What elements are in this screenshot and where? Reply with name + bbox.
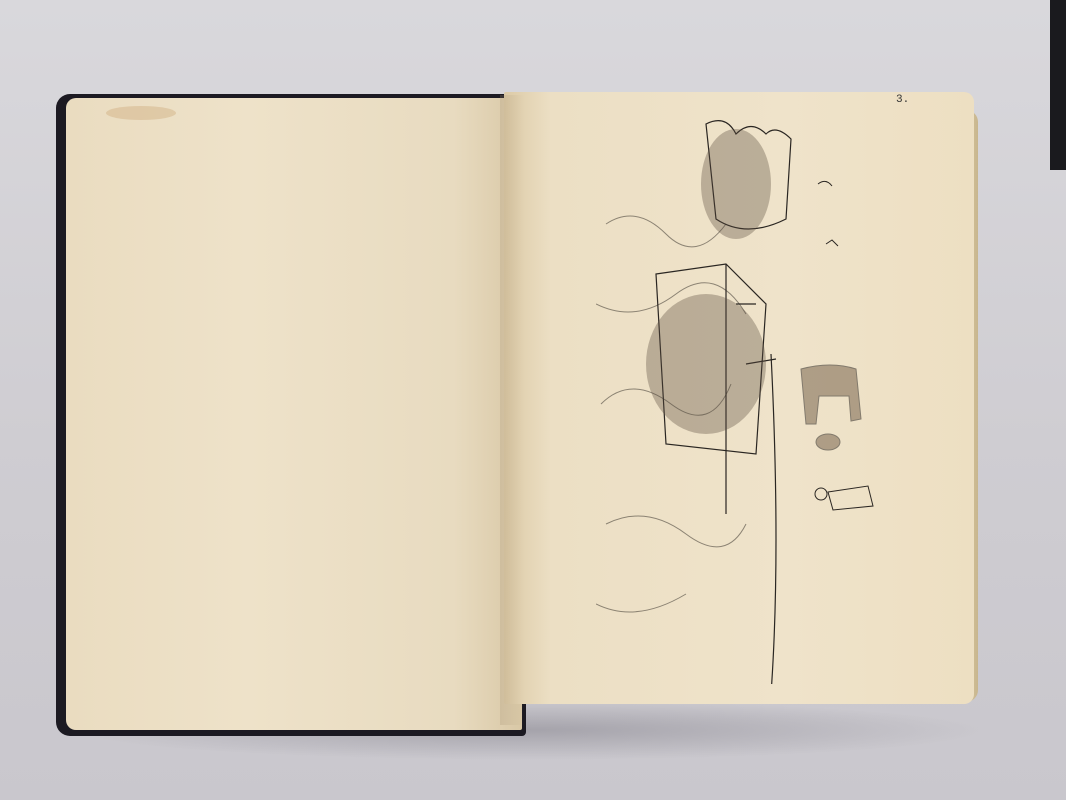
dark-edge — [1050, 0, 1066, 170]
landscape-sketch — [596, 104, 926, 684]
paper-stain — [106, 106, 176, 120]
book-gutter — [500, 95, 524, 725]
left-page-blank — [66, 98, 522, 730]
